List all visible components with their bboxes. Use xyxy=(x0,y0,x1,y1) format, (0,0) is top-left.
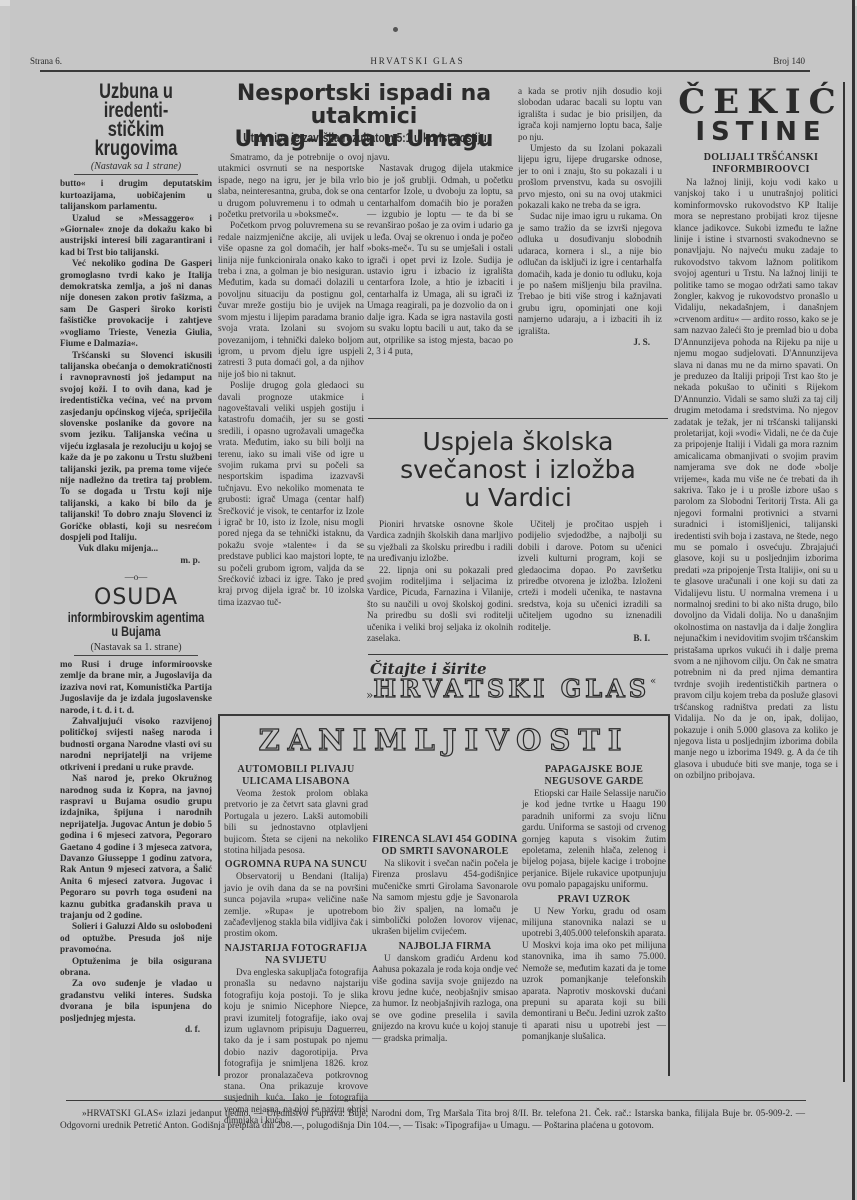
promo-rule xyxy=(368,654,668,655)
right-margin-rule xyxy=(843,82,845,1082)
uzbuna-continued: (Nastavak sa 1 strane) xyxy=(60,161,212,172)
publisher-imprint: »HRVATSKI GLAS« izlazi jedanput tjedno. … xyxy=(60,1108,805,1132)
osuda-signature: d. f. xyxy=(60,1024,212,1035)
issue-number: Broj 140 xyxy=(773,56,805,66)
vardica-col2: Učitelj je pročitao uspjeh i podijelio s… xyxy=(518,519,662,644)
nesportski-col3: a kada se protiv njih dosudio koji slobo… xyxy=(518,86,662,348)
masthead: HRVATSKI GLAS xyxy=(30,56,805,66)
footer-rule xyxy=(66,1100,806,1101)
header-rule xyxy=(40,70,810,72)
cekic-title: ČEKIĆ xyxy=(676,84,846,120)
nesportski-col1: Smatramo, da je potrebnije o ovoj utakmi… xyxy=(218,152,364,608)
nesportski-col2: njavu. Nastavak drugog dijela utakmice b… xyxy=(367,152,513,357)
cekic-subtitle: DOLIJALI TRŠĆANSKI INFORMBIROOVCI xyxy=(676,152,846,176)
osuda-body: mo Rusi i druge informiroovske zemlje da… xyxy=(60,659,212,1024)
zanimljivosti-col3: PAPAGAJSKE BOJE NEGUSOVE GARDE Etiopski … xyxy=(522,764,666,1043)
zanimljivosti-title: ZANIMLJIVOSTI xyxy=(218,724,670,756)
zanimljivosti-col2: FIRENCA SLAVI 454 GODINA OD SMRTI SAVONA… xyxy=(372,834,518,1044)
osuda-title: OSUDA xyxy=(60,586,212,610)
vardica-rule xyxy=(368,418,668,419)
istine-title: ISTINE xyxy=(676,118,846,146)
vardica-col1: Pioniri hrvatske osnovne škole Vardica z… xyxy=(367,519,513,644)
vardica-title: Uspjela školska svečanost i izložba u Va… xyxy=(368,428,668,512)
uzbuna-title: Uzbuna u iredenti- stičkim krugovima xyxy=(66,82,206,158)
promo-masthead: » HRVATSKI GLAS « xyxy=(366,676,666,702)
uzbuna-signature: m. p. xyxy=(60,555,212,566)
uzbuna-body: butto« i drugim deputatskim kurtoazijama… xyxy=(60,178,212,554)
osuda-subtitle: informbirovskim agentima u Bujama xyxy=(66,610,206,638)
nesportski-subtitle: Utakmica je završila rezultatom 5:1 u ko… xyxy=(232,131,497,145)
print-speck xyxy=(393,27,398,32)
vardica-signature: B. I. xyxy=(518,633,662,644)
osuda-continued: (Nastavak sa 1. strane) xyxy=(60,642,212,653)
zanimljivosti-col1: AUTOMOBILI PLIVAJU ULICAMA LISABONA Veom… xyxy=(224,764,368,1127)
nesportski-signature: J. S. xyxy=(518,337,662,348)
separator: —o— xyxy=(60,572,212,583)
article-uzbuna: Uzbuna u iredenti- stičkim krugovima (Na… xyxy=(60,82,212,1035)
cekic-body: Na lažnoj liniji, koju vodi kako u vanjs… xyxy=(674,177,838,782)
